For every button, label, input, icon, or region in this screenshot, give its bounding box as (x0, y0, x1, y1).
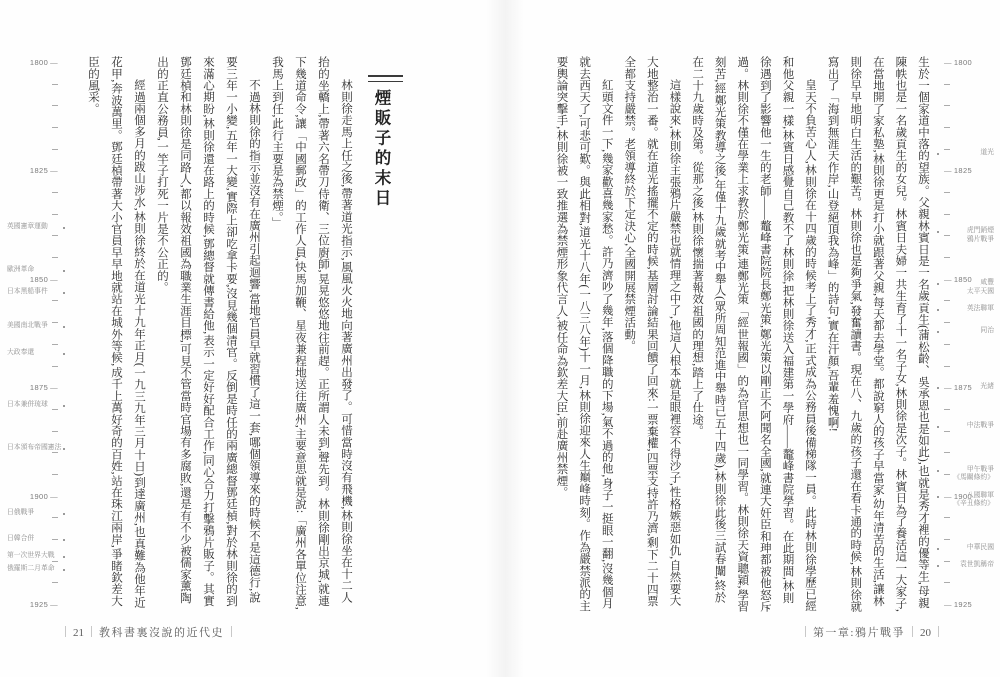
timeline-event-dot (63, 569, 65, 571)
section-title: 煙販子的末日 (370, 56, 393, 614)
timeline-event-label: 大政奉還 (7, 349, 34, 358)
timeline-event: 八國聯軍《辛丑條約》 (953, 492, 994, 509)
timeline-tick (52, 322, 58, 323)
timeline-event: 袁世凱稱帝 (960, 561, 994, 570)
timeline-event-dot (63, 405, 65, 407)
footer-divider (91, 626, 92, 637)
timeline-event-label: 同治 (980, 327, 994, 336)
footer-divider (65, 626, 66, 637)
paragraph: 紅頭文件一下,幾家歡喜幾家愁。許乃濟吵了幾年,落個降職的下場,氣不過的他,身子一… (550, 56, 618, 614)
timeline-event-label: 日本兼併琉球 (7, 401, 48, 410)
paragraph: 這樣說來,林則徐主張鴉片嚴禁也就情理之中了,他這人根本就是眼裡容不得沙子,性格嫉… (618, 56, 686, 614)
timeline-event: 同治 (980, 327, 994, 336)
timeline-tick (944, 257, 950, 258)
timeline-event-dot (937, 283, 939, 285)
timeline-tick (944, 322, 950, 323)
left-page-number: 21 (73, 627, 84, 639)
timeline-tick (52, 149, 58, 150)
timeline-year-label: 1925 (944, 600, 972, 609)
timeline-event: 日本兼併琉球 (7, 401, 48, 410)
timeline-event-dot (63, 270, 65, 272)
timeline-event-dot (63, 326, 65, 328)
timeline-event-dot (63, 539, 65, 541)
timeline-tick (52, 214, 58, 215)
timeline-tick (52, 84, 58, 85)
timeline-event-label: 八國聯軍 (953, 492, 994, 501)
paragraph: 生於一個家道中落的望族。父親林賓日是一名歲貢生(蒲松齡、吳承恩也是如此),也就是… (821, 56, 934, 614)
footer-divider (912, 626, 913, 637)
timeline-tick (52, 366, 58, 367)
left-page-footer: 21教科書裏沒說的近代史 (58, 624, 239, 640)
paragraph: 經過兩個多月的跋山涉水,林則徐終於在道光十九年正月(一九三九年三月十日)到達廣州… (81, 56, 150, 614)
timeline-tick (944, 366, 950, 367)
timeline-event-label: 光緒 (980, 383, 994, 392)
timeline-event-label: 俄羅斯二月革命 (7, 565, 55, 574)
footer-divider (938, 626, 939, 637)
timeline-event-label: 美國南北戰爭 (7, 322, 48, 331)
timeline-event-label: 中華民國 (967, 544, 994, 553)
timeline-tick (52, 300, 58, 301)
timeline-event-label: 第一次世界大戰 (7, 552, 55, 561)
timeline-event: 日俄戰爭 (7, 509, 34, 518)
timeline-tick (944, 561, 950, 562)
timeline-event-label: 英法聯軍 (967, 305, 994, 314)
timeline-year-label: 1825 (944, 166, 972, 175)
chapter-title: 第一章:鴉片戰爭 (813, 627, 905, 639)
timeline-tick (944, 452, 950, 453)
timeline-tick (52, 582, 58, 583)
footer-divider (231, 626, 232, 637)
timeline-event-label: 日俄戰爭 (7, 509, 34, 518)
timeline-event-label: 虎門銷煙 (967, 227, 994, 236)
timeline-event-label: 《辛丑條約》 (953, 500, 994, 509)
timeline-event-dot (63, 513, 65, 515)
timeline-year-label: 1800 (944, 58, 972, 67)
timeline-event-label: 中法戰爭 (967, 422, 994, 431)
timeline-year-label: 1925 (30, 600, 58, 609)
timeline-tick (944, 105, 950, 106)
timeline-year-label: 1875 (30, 383, 58, 392)
timeline-tick (944, 409, 950, 410)
timeline-year-label: 1825 (30, 166, 58, 175)
timeline-tick (944, 539, 950, 540)
timeline-tick (52, 409, 58, 410)
footer-divider (805, 626, 806, 637)
timeline-tick (944, 300, 950, 301)
timeline-event-label: 咸豐 (967, 279, 994, 288)
timeline-event: 光緒 (980, 383, 994, 392)
timeline-event: 俄羅斯二月革命 (7, 565, 55, 574)
right-page-body: 生於一個家道中落的望族。父親林賓日是一名歲貢生(蒲松齡、吳承恩也是如此),也就是… (550, 56, 934, 614)
timeline-tick (52, 539, 58, 540)
timeline-event-dot (937, 309, 939, 311)
timeline-event: 英法聯軍 (967, 305, 994, 314)
timeline-tick (52, 105, 58, 106)
right-page-number: 20 (920, 627, 931, 639)
timeline-event: 美國南北戰爭 (7, 322, 48, 331)
book-spread: { "left_timeline": { "year_start": 1800,… (0, 0, 1000, 677)
timeline-event-label: 道光 (980, 149, 994, 158)
timeline-event-dot (937, 231, 939, 233)
paragraph: 不過林則徐的指示並沒有在廣州引起迴響,當地官員早就習慣了這一套,哪個領導來的時候… (150, 56, 265, 614)
timeline-event-dot (937, 153, 939, 155)
timeline-year-label: 1875 (944, 383, 972, 392)
timeline-event-dot (937, 565, 939, 567)
timeline-tick (52, 235, 58, 236)
timeline-event-label: 歐洲革命 (7, 266, 34, 275)
page-gutter-shadow (486, 0, 524, 677)
timeline-tick (944, 149, 950, 150)
timeline-event-dot (937, 426, 939, 428)
timeline-tick (944, 517, 950, 518)
timeline-tick (52, 474, 58, 475)
timeline-event: 日本黑船事件 (7, 288, 48, 297)
timeline-tick (944, 431, 950, 432)
paragraph: 皇天不負苦心人,林則徐在十四歲的時候考上了秀才,正式成為公務員後備梯隊一員。此時… (685, 56, 821, 614)
timeline-event-dot (63, 227, 65, 229)
timeline-event: 虎門銷煙鴉片戰爭 (967, 227, 994, 244)
timeline-event: 第一次世界大戰 (7, 552, 55, 561)
timeline-tick (944, 84, 950, 85)
timeline-event: 咸豐太平天國 (967, 279, 994, 296)
timeline-event: 日韓合併 (7, 535, 34, 544)
china-events-timeline: 180018251850187519001925道光虎門銷煙鴉片戰爭咸豐太平天國… (936, 0, 1000, 677)
timeline-tick (52, 257, 58, 258)
timeline-event-dot (937, 470, 939, 472)
right-page-footer: 第一章:鴉片戰爭20 (798, 624, 946, 640)
timeline-event-dot (937, 331, 939, 333)
timeline-tick (52, 431, 58, 432)
timeline-event: 歐洲革命 (7, 266, 34, 275)
timeline-event-label: 鴉片戰爭 (967, 236, 994, 245)
timeline-event: 中華民國 (967, 544, 994, 553)
timeline-event-label: 《馬關條約》 (953, 474, 994, 483)
timeline-tick (944, 127, 950, 128)
timeline-event-label: 英國憲章運動 (7, 223, 48, 232)
timeline-event-dot (937, 548, 939, 550)
timeline-event: 大政奉還 (7, 349, 34, 358)
timeline-tick (52, 517, 58, 518)
timeline-event: 中法戰爭 (967, 422, 994, 431)
timeline-event-dot (937, 496, 939, 498)
timeline-tick (944, 582, 950, 583)
timeline-event: 日本頒布帝國憲法 (7, 444, 61, 453)
timeline-event-label: 日韓合併 (7, 535, 34, 544)
timeline-event: 甲午戰爭《馬關條約》 (953, 466, 994, 483)
timeline-event-label: 太平天國 (967, 288, 994, 297)
left-page-body: 煙販子的末日 林則徐走馬上任之後,帶著道光指示,風風火火地向著廣州出發了。可惜當… (81, 56, 403, 614)
timeline-tick (944, 235, 950, 236)
timeline-tick (52, 192, 58, 193)
timeline-event: 英國憲章運動 (7, 223, 48, 232)
book-title: 教科書裏沒說的近代史 (99, 627, 224, 639)
timeline-event-dot (63, 353, 65, 355)
paragraph: 林則徐走馬上任之後,帶著道光指示,風風火火地向著廣州出發了。可惜當時沒有飛機,林… (265, 56, 357, 614)
timeline-event-label: 甲午戰爭 (953, 466, 994, 475)
timeline-event-dot (937, 387, 939, 389)
timeline-tick (52, 344, 58, 345)
world-events-timeline: 180018251850187519001925英國憲章運動歐洲革命日本黑船事件… (0, 0, 66, 677)
timeline-year-label: 1850 (30, 275, 58, 284)
timeline-event-label: 日本頒布帝國憲法 (7, 444, 61, 453)
timeline-event-label: 日本黑船事件 (7, 288, 48, 297)
timeline-event-dot (63, 292, 65, 294)
timeline-event-label: 袁世凱稱帝 (960, 561, 994, 570)
timeline-tick (944, 344, 950, 345)
timeline-tick (944, 214, 950, 215)
timeline-event-dot (63, 448, 65, 450)
timeline-event-dot (63, 556, 65, 558)
timeline-tick (944, 192, 950, 193)
timeline-event: 道光 (980, 149, 994, 158)
timeline-tick (944, 474, 950, 475)
timeline-year-label: 1800 (30, 58, 58, 67)
timeline-year-label: 1900 (30, 492, 58, 501)
timeline-tick (52, 127, 58, 128)
